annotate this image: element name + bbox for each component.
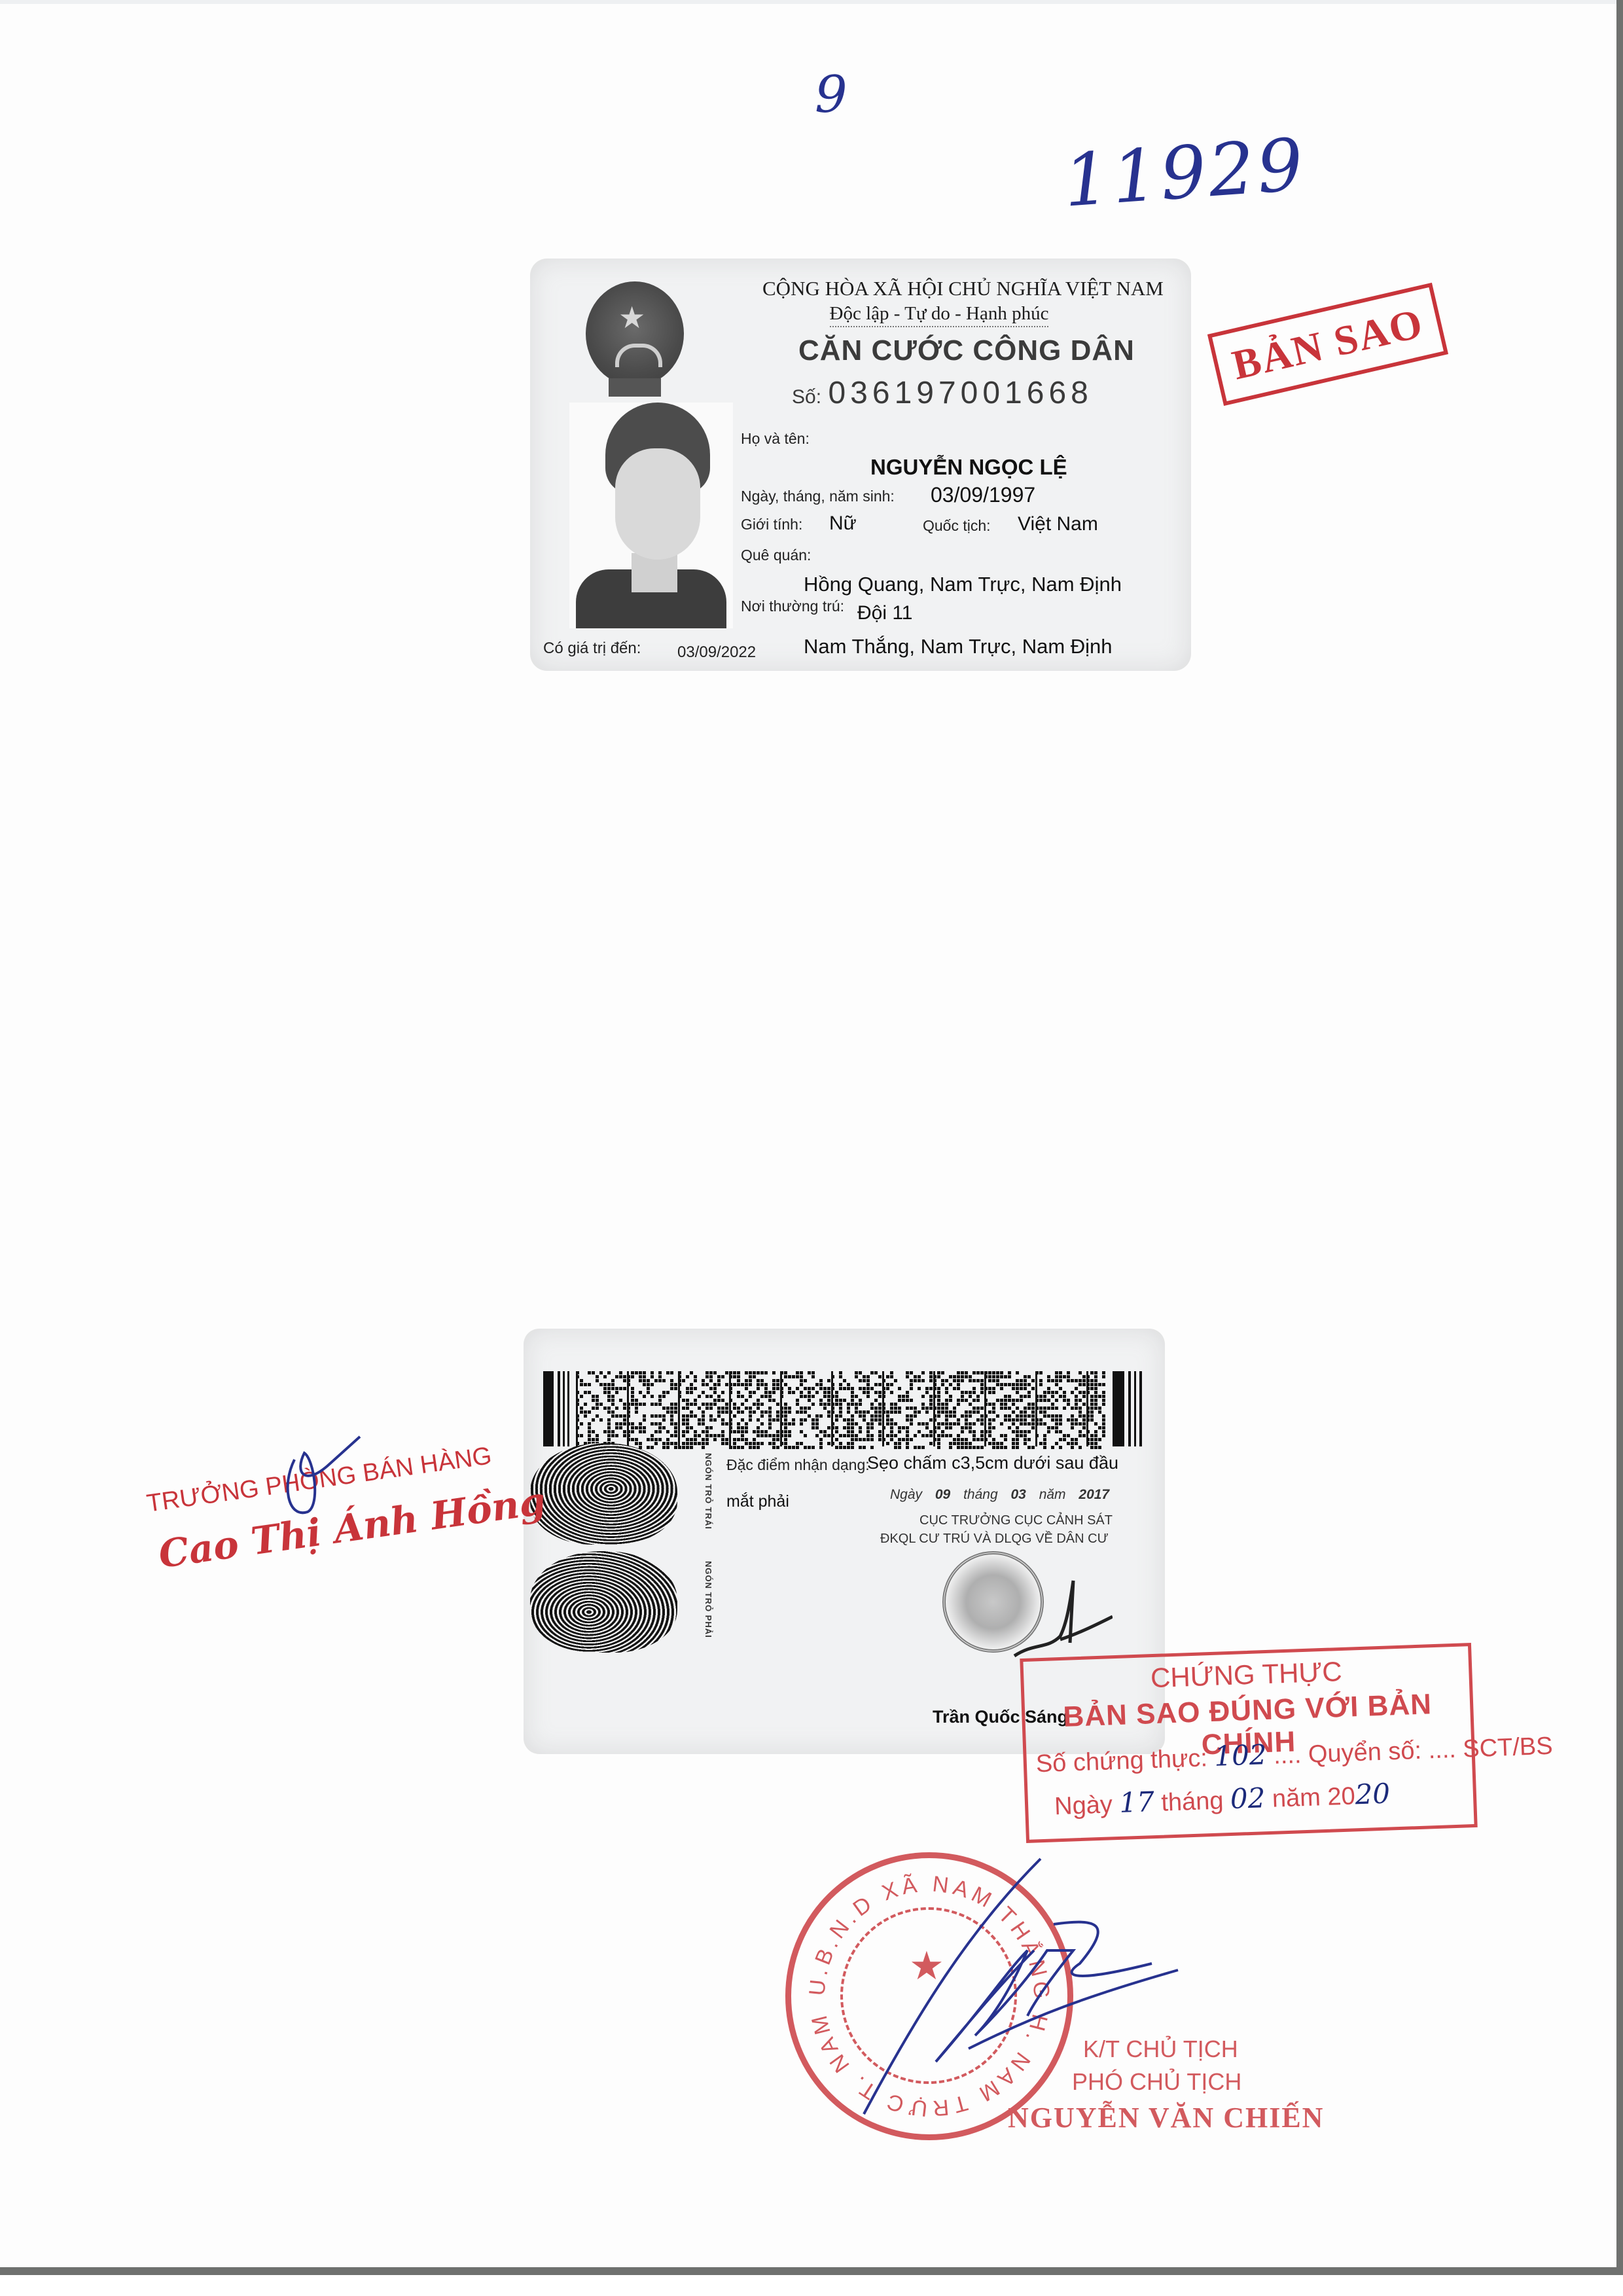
blue-ink-initial-icon — [275, 1433, 366, 1525]
id-number-label: Số: — [792, 386, 821, 408]
scan-edge-top — [0, 0, 1623, 4]
dob-value: 03/09/1997 — [931, 483, 1035, 507]
hometown-label: Quê quán: — [741, 547, 811, 564]
id-card-front: ★ CỘNG HÒA XÃ HỘI CHỦ NGHĨA VIỆT NAM Độc… — [530, 259, 1191, 671]
features-label: Đặc điểm nhận dạng: — [726, 1456, 870, 1474]
full-name: NGUYỄN NGỌC LỆ — [870, 455, 1067, 480]
residence-line1: Đội 11 — [857, 602, 913, 624]
handwritten-reference: 11929 — [1061, 122, 1308, 223]
nationality-value: Việt Nam — [1018, 513, 1098, 535]
national-emblem-icon: ★ — [586, 281, 684, 399]
fingerprint-left-label: NGÓN TRỎ TRÁI — [704, 1453, 713, 1530]
left-index-fingerprint — [530, 1443, 677, 1545]
features-line1: Sẹo chấm c3,5cm dưới sau đầu — [867, 1453, 1118, 1473]
id-number: 036197001668 — [828, 376, 1092, 410]
cert-date-row: Ngày 17 tháng 02 năm 2020 — [1054, 1778, 1391, 1821]
certification-stamp: CHỨNG THỰC BẢN SAO ĐÚNG VỚI BẢN CHÍNH Số… — [1020, 1643, 1477, 1843]
issuer-line2: ĐKQL CƯ TRÚ VÀ DLQG VỀ DÂN CƯ — [880, 1532, 1109, 1547]
signatory-name: NGUYỄN VĂN CHIẾN — [1008, 2101, 1324, 2134]
expiry-value: 03/09/2022 — [677, 643, 756, 662]
signatory-line2: PHÓ CHỦ TỊCH — [1072, 2068, 1241, 2096]
issuer-line1: CỤC TRƯỞNG CỤC CẢNH SÁT — [919, 1513, 1113, 1528]
sex-value: Nữ — [829, 512, 857, 535]
portrait-photo — [569, 403, 733, 628]
motto: Độc lập - Tự do - Hạnh phúc — [530, 303, 1191, 325]
expiry-label: Có giá trị đến: — [543, 639, 641, 658]
cert-month: 02 — [1230, 1782, 1266, 1815]
fingerprint-right-label: NGÓN TRỎ PHẢI — [704, 1561, 713, 1638]
residence-line2: Nam Thắng, Nam Trực, Nam Định — [804, 635, 1113, 658]
features-line2: mắt phải — [726, 1492, 789, 1511]
scan-edge-bottom — [0, 2267, 1623, 2275]
cert-day: 17 — [1118, 1785, 1154, 1819]
card-title: CĂN CƯỚC CÔNG DÂN — [798, 334, 1135, 367]
dob-label: Ngày, tháng, năm sinh: — [741, 488, 895, 505]
handwritten-page-number: 9 — [815, 65, 847, 124]
issue-date: Ngày 09 tháng 03 năm 2017 — [890, 1487, 1109, 1503]
nationality-label: Quốc tịch: — [923, 517, 991, 535]
sex-label: Giới tính: — [741, 516, 802, 533]
scan-edge-right — [1616, 0, 1623, 2275]
country-header: CỘNG HÒA XÃ HỘI CHỦ NGHĨA VIỆT NAM — [762, 277, 1164, 300]
residence-label: Nơi thường trú: — [741, 598, 844, 615]
id-number-row: Số: 036197001668 — [792, 375, 1093, 411]
name-label: Họ và tên: — [741, 430, 810, 448]
signatory-line1: K/T CHỦ TỊCH — [1083, 2036, 1238, 2063]
cert-number: 102 — [1214, 1738, 1268, 1772]
pdf417-barcode-icon — [543, 1365, 1145, 1450]
cert-year: 20 — [1355, 1778, 1391, 1811]
hometown-value: Hồng Quang, Nam Trực, Nam Định — [804, 573, 1122, 596]
right-index-fingerprint — [530, 1551, 677, 1653]
